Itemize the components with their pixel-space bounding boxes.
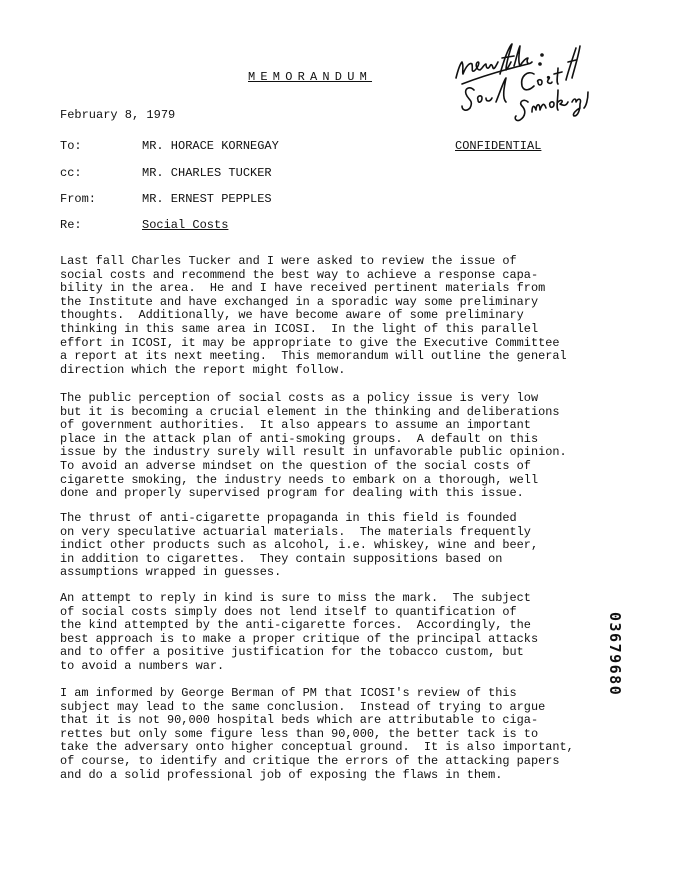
paragraph-1: Last fall Charles Tucker and I were aske… (60, 255, 567, 377)
subject-value: Social Costs (142, 218, 228, 232)
header-label: To: (60, 139, 82, 153)
memo-page: MEMORANDUM (0, 0, 675, 879)
memo-title: MEMORANDUM (248, 70, 372, 84)
paragraph-2: The public perception of social costs as… (60, 392, 567, 501)
header-value: MR. ERNEST PEPPLES (142, 192, 272, 206)
header-cc: cc: MR. CHARLES TUCKER (60, 166, 89, 180)
bates-number: 03679680 (606, 612, 624, 696)
paragraph-5: I am informed by George Berman of PM tha… (60, 687, 574, 782)
header-label: Re: (60, 218, 82, 232)
paragraph-3: The thrust of anti-cigarette propaganda … (60, 512, 538, 580)
header-re: Re: Social Costs (60, 218, 89, 232)
header-value: MR. CHARLES TUCKER (142, 166, 272, 180)
header-value: MR. HORACE KORNEGAY (142, 139, 279, 153)
header-label: From: (60, 192, 96, 206)
paragraph-4: An attempt to reply in kind is sure to m… (60, 592, 538, 674)
handwritten-note (448, 40, 623, 130)
memo-date: February 8, 1979 (60, 108, 175, 122)
confidential-stamp: CONFIDENTIAL (455, 139, 541, 153)
header-to: To: MR. HORACE KORNEGAY (60, 139, 89, 153)
header-from: From: MR. ERNEST PEPPLES (60, 192, 89, 206)
header-label: cc: (60, 166, 82, 180)
